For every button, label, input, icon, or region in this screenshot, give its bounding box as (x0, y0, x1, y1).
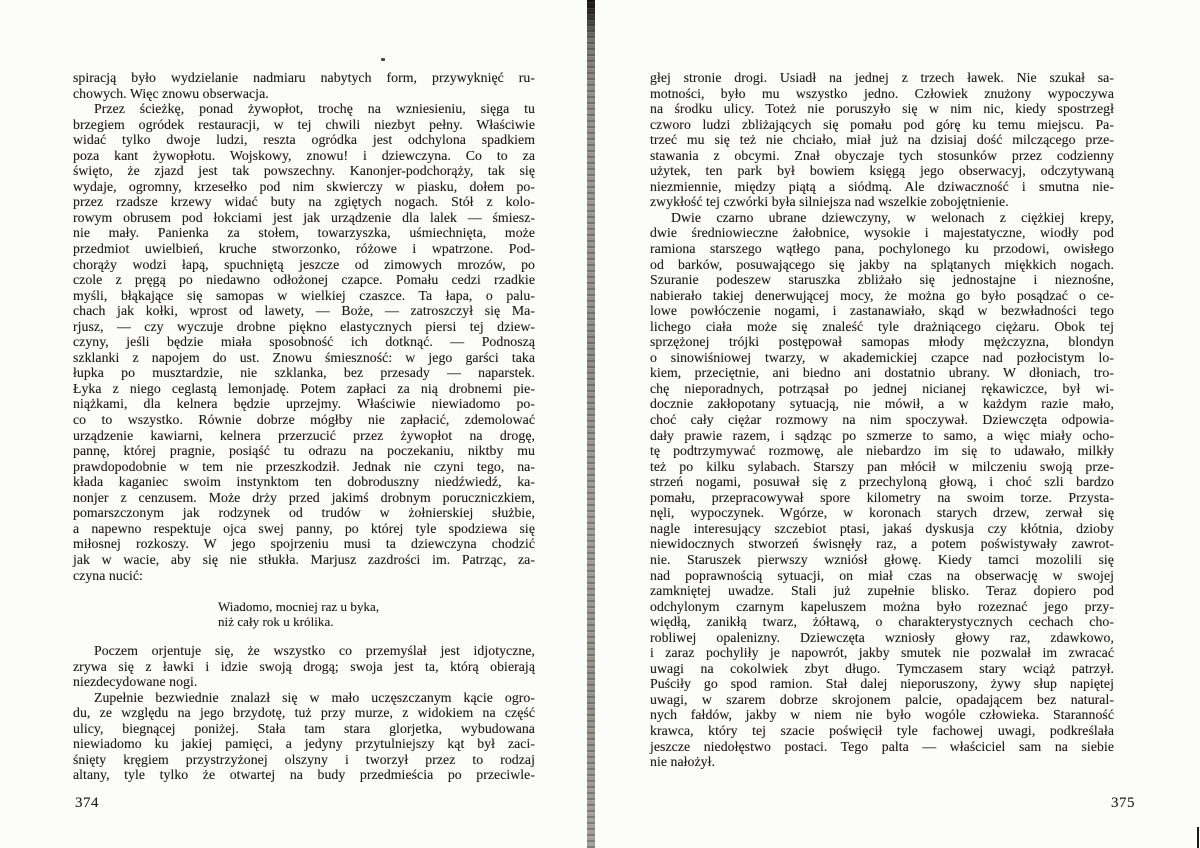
text-line: uwagi na cokolwiek zbyt długo. Tymczasem… (650, 661, 1114, 677)
text-line: Przez ścieżkę, ponad żywopłot, trochę na… (73, 101, 535, 117)
text-line: robliwej opalenizny. Dziewczęta wzniosły… (650, 630, 1114, 646)
text-line: przez rzadsze krzewy widać buty na zgięt… (73, 194, 535, 210)
text-line: czyna nucić: (73, 568, 535, 584)
text-line: nad poprawnością sytuacji, on miał czas … (650, 568, 1114, 584)
text-line: wydaje, ogromny, krzesełko pod nim skwie… (73, 179, 535, 195)
verse-line: Wiadomo, mocniej raz u byka, (218, 599, 535, 614)
binding-gutter (587, 0, 595, 848)
text-line: zrywa się z ławki i idzie swoją drogą; s… (73, 659, 535, 675)
text-line: dały prawie razem, i sądząc po szmerze t… (650, 428, 1114, 444)
text-line: pomału, przepracowywał spore kilometry n… (650, 490, 1114, 506)
text-line: brzegiem ogródek restauracji, w tej chwi… (73, 117, 535, 133)
right-page-text: głej stronie drogi. Usiadł na jednej z t… (650, 70, 1114, 770)
text-line: zwykłość tej czwórki była silniejsza nad… (650, 194, 1114, 210)
text-line: odchylonym czarnym kapeluszem można było… (650, 599, 1114, 615)
text-line: sprzężonej trójki postępował samopas mło… (650, 334, 1114, 350)
text-line: chach jak kołki, wprost od lawety, — Boż… (73, 303, 535, 319)
text-line: nagle interesujący szczebiot ptasi, jaka… (650, 521, 1114, 537)
text-line: niewiadomo ku jakiej pamięci, a jedyny p… (73, 736, 535, 752)
book-scan: spiracją było wydzielanie nadmiaru nabyt… (0, 0, 1200, 848)
text-line: Łyka z niego ceglastą lemonjadę. Potem z… (73, 381, 535, 397)
text-line: niewidocznych stworzeń świsnęły raz, a p… (650, 536, 1114, 552)
text-line: łupka po musztardzie, nie szklanka, bez … (73, 365, 535, 381)
text-line: kiem, przeciętnie, ani biedno ani dostat… (650, 365, 1114, 381)
text-line: uwagi, w szarem dobrze skrojonem palcie,… (650, 692, 1114, 708)
text-line: też po kilku sylabach. Starszy pan młóci… (650, 459, 1114, 475)
text-line: urządzenie kawiarni, kelnera przerzucić … (73, 428, 535, 444)
text-line: strzeń nogami, posuwał się z przechyloną… (650, 474, 1114, 490)
text-line: śnięty kręgiem przystrzyżonej olszyny i … (73, 752, 535, 768)
text-line: chę nieporadnych, potrząsał po jednej ni… (650, 381, 1114, 397)
text-line: głej stronie drogi. Usiadł na jednej z t… (650, 70, 1114, 86)
text-line: altany, tyle tylko że otwartej na budy p… (73, 767, 535, 783)
text-line: a napewno respektuje ojca swej panny, po… (73, 521, 535, 537)
text-line: chowych. Więc znowu obserwacja. (73, 86, 535, 102)
text-line: choć cały ciężar rozmowy na nim spoczywa… (650, 412, 1114, 428)
text-line: co to wszystko. Równie dobrze mógłby nie… (73, 412, 535, 428)
text-line: ulicy, biegnącej poniżej. Stała tam star… (73, 721, 535, 737)
text-line: myśli, błąkające się samopas w wielkiej … (73, 288, 535, 304)
text-line: motności, było mu wszystko jedno. Człowi… (650, 86, 1114, 102)
text-line: du, ze względu na jego brzydotę, tuż prz… (73, 705, 535, 721)
text-line: nonjer z cenzusem. Może drży przed jakim… (73, 490, 535, 506)
text-line: nie. Staruszek pierwszy wzniósł głowę. K… (650, 552, 1114, 568)
text-line: nie nałożył. (650, 754, 1114, 770)
text-line: niążkami, dla kelnera będzie uprzejmy. W… (73, 396, 535, 412)
text-line: szklanki z napojem do ust. Znowu śmieszn… (73, 350, 535, 366)
text-line: Puściły go spod ramion. Stał dalej niepo… (650, 676, 1114, 692)
text-line: od barków, posuwającego się jakby na spl… (650, 257, 1114, 273)
text-line: dwie średniowieczne żałobnice, wysokie i… (650, 225, 1114, 241)
text-line: nęli, wypoczynek. Wgórze, w koronach sta… (650, 505, 1114, 521)
text-line: rjusz, — czy wyczuje drobne piękno elast… (73, 319, 535, 335)
text-line: na środku ulicy. Toteż nie poruszyło się… (650, 101, 1114, 117)
text-line: lichego ciała może się znaleść tyle draż… (650, 319, 1114, 335)
text-line: jak w wacie, aby się nie stłukła. Marjus… (73, 552, 535, 568)
text-line: widać tylko dwoje ludzi, reszta ogródka … (73, 132, 535, 148)
text-line: lowe powłóczenie nogami, i zastanawiało,… (650, 303, 1114, 319)
text-line: czworo ludzi zbliżających się pomału pod… (650, 117, 1114, 133)
text-line: i zaraz pochyliły je napowrót, jakby smu… (650, 645, 1114, 661)
text-line: nie mały. Panienka za stołem, towarzyszk… (73, 225, 535, 241)
text-line: poza kant żywopłotu. Wojskowy, znowu! i … (73, 148, 535, 164)
text-line: pannę, której pragnie, posiąść tu odrazu… (73, 443, 535, 459)
text-line: miłosnej rozkoszy. W jego spojrzeniu mus… (73, 536, 535, 552)
text-line: nych fałdów, jakby w niem nie było wogól… (650, 707, 1114, 723)
text-line: kłada kaganiec swoim instynktom ten dobr… (73, 474, 535, 490)
page-number-right: 375 (1085, 795, 1135, 812)
text-line: Dwie czarno ubrane dziewczyny, w welonac… (650, 210, 1114, 226)
text-line: czyny, jeśli będzie miała sposobność ich… (73, 334, 535, 350)
text-line: prawdopodobnie w tem nie przeszkodził. J… (73, 459, 535, 475)
text-line: Szuranie podeszew staruszka zbliżało się… (650, 272, 1114, 288)
text-line: zamkniętej uwadze. Stali już zupełnie bl… (650, 583, 1114, 599)
text-line: chorąży wodzi łapą, spuchniętą jeszcze o… (73, 257, 535, 273)
scan-edge-mark (1197, 827, 1199, 848)
text-line: krawca, który tej szacie poświęcił tyle … (650, 723, 1114, 739)
text-line: trzeć mu się też nie chciało, miał już n… (650, 132, 1114, 148)
text-line: święto, że zjazd jest tak powszechny. Ka… (73, 163, 535, 179)
text-line: Poczem orjentuje się, że wszystko co prz… (73, 643, 535, 659)
text-line: spiracją było wydzielanie nadmiaru nabyt… (73, 70, 535, 86)
text-line: użytek, ten park był bowiem księgą jego … (650, 163, 1114, 179)
text-line: nabierało takiej denerwującej mocy, że m… (650, 288, 1114, 304)
left-page-text: spiracją było wydzielanie nadmiaru nabyt… (73, 70, 535, 783)
text-line: czole z pręgą po niedawno odłożonej czap… (73, 272, 535, 288)
text-line: niezdecydowane nogi. (73, 674, 535, 690)
text-line: o sinowiśniowej twarzy, w akademickiej c… (650, 350, 1114, 366)
page-number-left: 374 (75, 795, 99, 812)
text-line: Zupełnie bezwiednie znalazł się w mało u… (73, 690, 535, 706)
text-line: jeszcze niedołęstwo postaci. Tego palta … (650, 739, 1114, 755)
text-line: pomarszczonym jak rodzynek od trudów w ż… (73, 505, 535, 521)
text-line: więdłą, zanikłą twarz, żółtawą, o charak… (650, 614, 1114, 630)
text-line: niezmiennie, między piątą a siódmą. Ale … (650, 179, 1114, 195)
text-line: stawania z obcymi. Znał obyczaje tych st… (650, 148, 1114, 164)
text-line: przedmiot uwielbień, kruche stworzonko, … (73, 241, 535, 257)
text-line: docznie zakłopotany sytuacją, nie mówił,… (650, 396, 1114, 412)
text-line: tę podtrzymywać rozmowę, ale niebardzo i… (650, 443, 1114, 459)
verse-line: niż cały rok u królika. (218, 614, 535, 629)
scan-speck (381, 58, 385, 61)
text-line: rowym obrusem pod łokciami jest jak urzą… (73, 210, 535, 226)
text-line: ramiona starszego wątłego pana, pochylon… (650, 241, 1114, 257)
